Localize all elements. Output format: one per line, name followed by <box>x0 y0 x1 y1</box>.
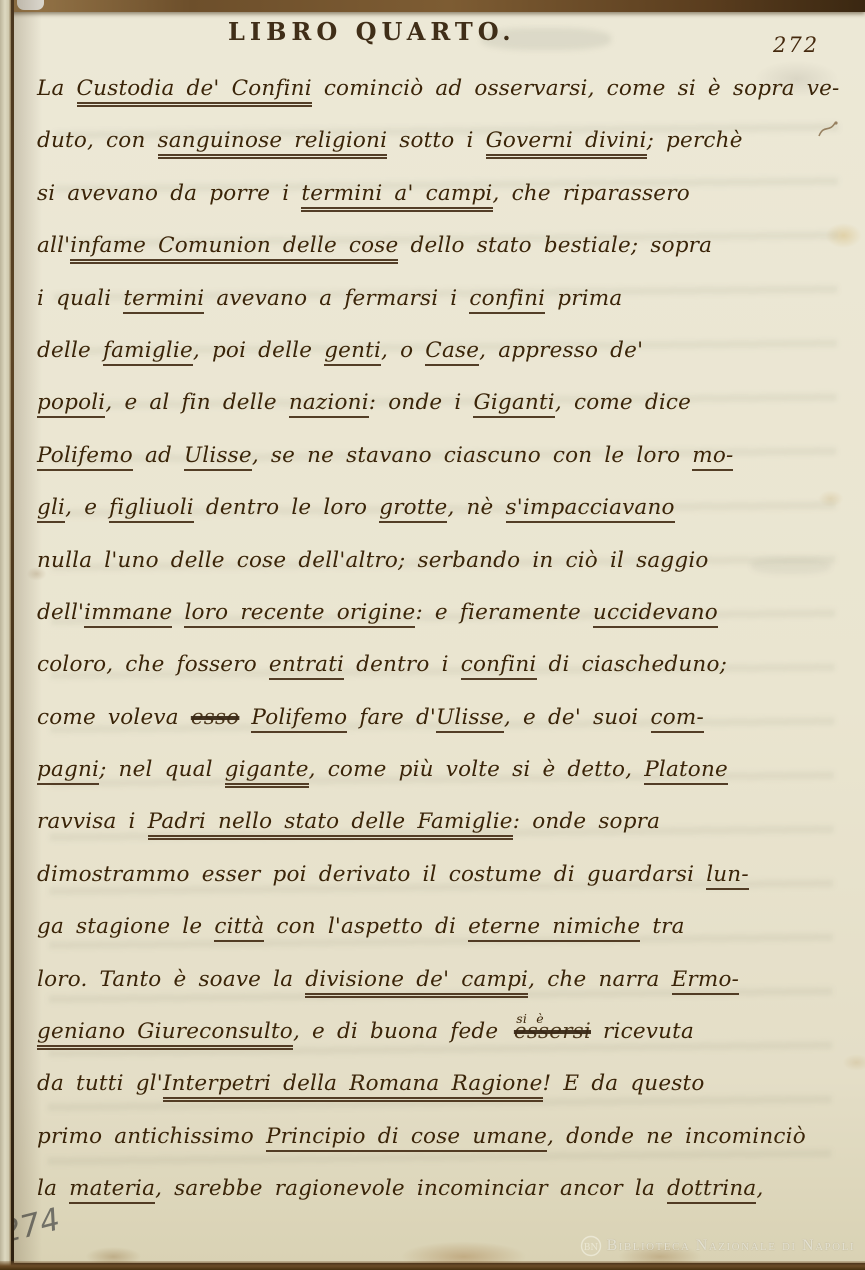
handwritten-text: primo antichissimo <box>37 1124 266 1149</box>
handwritten-text: Governi divini <box>486 128 647 159</box>
handwritten-text: s'impacciavano <box>506 495 675 523</box>
handwritten-text: si avevano da porre i <box>37 181 301 206</box>
handwritten-text: immane <box>84 600 172 628</box>
handwritten-text: , che riparassero <box>493 181 690 206</box>
handwritten-text: ravvisa i <box>37 809 148 834</box>
handwritten-text: dell' <box>37 600 84 625</box>
handwritten-text: , come dice <box>555 390 691 415</box>
manuscript-line: dimostrammo esser poi derivato il costum… <box>37 849 843 901</box>
handwritten-text: , poi delle <box>193 338 324 363</box>
manuscript-line: loro. Tanto è soave la divisione de' cam… <box>37 954 843 1006</box>
page-title: LIBRO QUARTO. <box>228 17 516 46</box>
handwritten-text: Padri nello stato delle Famiglie <box>148 809 513 840</box>
handwritten-text: geniano Giureconsulto <box>37 1019 293 1050</box>
ink-flourish-mark <box>816 120 840 140</box>
handwritten-text: , o <box>381 338 425 363</box>
handwritten-text: termini a' campi <box>301 181 492 212</box>
handwritten-text: , che narra <box>528 967 671 992</box>
handwritten-text: Custodia de' Confini <box>77 76 312 107</box>
handwritten-text: , sarebbe ragionevole incominciar ancor … <box>155 1176 667 1201</box>
svg-text:BN: BN <box>583 1243 598 1253</box>
gutter-shadow <box>14 0 42 1270</box>
handwritten-text: : onde i <box>369 390 474 415</box>
handwritten-text: entrati <box>269 652 344 680</box>
handwritten-text: ad <box>133 443 184 468</box>
handwritten-text: Giganti <box>473 390 554 418</box>
underlying-page-edge <box>0 0 11 1270</box>
handwritten-text: dimostrammo esser poi derivato il costum… <box>37 862 706 887</box>
handwritten-text: Ermo- <box>672 967 740 995</box>
manuscript-line: primo antichissimo Principio di cose uma… <box>37 1111 843 1163</box>
handwritten-text: loro. Tanto è soave la <box>37 967 305 992</box>
manuscript-line: i quali termini avevano a fermarsi i con… <box>37 273 843 325</box>
scanned-manuscript-photo: { "page": { "title": "LIBRO QUARTO.", "f… <box>0 0 865 1270</box>
handwritten-text: confini <box>469 286 545 314</box>
struck-word: essersi <box>514 1019 591 1044</box>
manuscript-line: come voleva esso Polifemo fare d'Ulisse,… <box>37 692 843 744</box>
handwritten-text: , e al fin delle <box>105 390 288 415</box>
handwritten-text: duto, con <box>37 128 158 153</box>
handwritten-text: Ulisse <box>184 443 252 471</box>
handwritten-text: dottrina <box>667 1176 756 1204</box>
manuscript-line: ravvisa i Padri nello stato delle Famigl… <box>37 796 843 848</box>
handwritten-text: Ulisse <box>436 705 504 733</box>
struck-word: esso <box>191 705 240 730</box>
handwritten-text: mo- <box>692 443 733 471</box>
handwritten-text: dentro i <box>344 652 461 677</box>
handwritten-text: con l'aspetto di <box>264 914 468 939</box>
manuscript-line: popoli, e al fin delle nazioni: onde i G… <box>37 377 843 429</box>
handwritten-text: ricevuta <box>591 1019 694 1044</box>
manuscript-text: La Custodia de' Confini cominciò ad osse… <box>37 63 843 1216</box>
handwritten-text: lun- <box>706 862 749 890</box>
handwritten-text <box>239 705 251 730</box>
handwritten-text: grotte <box>379 495 447 523</box>
handwritten-text: , <box>756 1176 763 1201</box>
handwritten-text: genti <box>324 338 381 366</box>
manuscript-line: geniano Giureconsulto, e di buona fede s… <box>37 1006 843 1058</box>
handwritten-text: famiglie <box>103 338 193 366</box>
handwritten-text: dello stato bestiale; sopra <box>398 233 712 258</box>
handwritten-text: popoli <box>37 390 105 418</box>
handwritten-text: prima <box>545 286 622 311</box>
manuscript-line: duto, con sanguinose religioni sotto i G… <box>37 115 843 167</box>
handwritten-text: Polifemo <box>37 443 133 471</box>
handwritten-text: Case <box>425 338 479 366</box>
handwritten-text: loro recente origine <box>184 600 415 628</box>
handwritten-text: i quali <box>37 286 123 311</box>
book-top-edge <box>0 0 865 12</box>
handwritten-text: Interpetri della Romana Ragione <box>163 1071 543 1102</box>
handwritten-text: ; perchè <box>647 128 743 153</box>
manuscript-line: all'infame Comunion delle cose dello sta… <box>37 220 843 272</box>
page-bottom-edge <box>0 1261 865 1270</box>
handwritten-text: tra <box>640 914 684 939</box>
library-monogram-icon: BN <box>580 1235 602 1257</box>
handwritten-text: figliuoli <box>109 495 194 523</box>
handwritten-text: ga stagione le <box>37 914 214 939</box>
manuscript-line: coloro, che fossero entrati dentro i con… <box>37 639 843 691</box>
manuscript-line: da tutti gl'Interpetri della Romana Ragi… <box>37 1058 843 1110</box>
folio-number: 272 <box>773 33 819 57</box>
handwritten-text: dentro le loro <box>194 495 379 520</box>
handwritten-text: , e di buona fede <box>293 1019 510 1044</box>
handwritten-text: nulla l'uno delle cose dell'altro; serba… <box>37 548 709 573</box>
handwritten-text: Principio di cose umane <box>266 1124 547 1152</box>
manuscript-line: Polifemo ad Ulisse, se ne stavano ciascu… <box>37 430 843 482</box>
handwritten-text: materia <box>69 1176 155 1204</box>
handwritten-text: : onde sopra <box>513 809 660 834</box>
handwritten-text: confini <box>461 652 537 680</box>
handwritten-text: sanguinose religioni <box>158 128 388 159</box>
handwritten-text: , e de' suoi <box>504 705 651 730</box>
handwritten-text: coloro, che fossero <box>37 652 269 677</box>
handwritten-text: di ciascheduno; <box>537 652 728 677</box>
handwritten-text: sotto i <box>387 128 485 153</box>
handwritten-text: divisione de' campi <box>305 967 528 998</box>
handwritten-text: città <box>214 914 264 942</box>
manuscript-line: dell'immane loro recente origine: e fier… <box>37 587 843 639</box>
handwritten-text: : e fieramente <box>415 600 592 625</box>
manuscript-line: ga stagione le città con l'aspetto di et… <box>37 901 843 953</box>
handwritten-text: ! E da questo <box>543 1071 705 1096</box>
handwritten-text: avevano a fermarsi i <box>204 286 469 311</box>
handwritten-text: nazioni <box>289 390 369 418</box>
handwritten-text: , come più volte si è detto, <box>309 757 645 782</box>
handwritten-text: ; nel qual <box>99 757 225 782</box>
handwritten-text: cominciò ad osservarsi, come si è sopra … <box>312 76 840 101</box>
manuscript-line: la materia, sarebbe ragionevole incominc… <box>37 1163 843 1215</box>
handwritten-text: com- <box>651 705 704 733</box>
watermark-label: Biblioteca Nazionale di Napoli <box>607 1237 855 1255</box>
handwritten-text: gigante <box>225 757 309 788</box>
handwritten-text: come voleva <box>37 705 191 730</box>
handwritten-text: La <box>37 76 77 101</box>
library-watermark: BN Biblioteca Nazionale di Napoli <box>580 1235 855 1257</box>
handwritten-text <box>172 600 184 625</box>
handwritten-text: delle <box>37 338 103 363</box>
manuscript-line: si avevano da porre i termini a' campi, … <box>37 168 843 220</box>
handwritten-text: , se ne stavano ciascuno con le loro <box>252 443 692 468</box>
handwritten-text: , donde ne incominciò <box>547 1124 806 1149</box>
manuscript-line: La Custodia de' Confini cominciò ad osse… <box>37 63 843 115</box>
handwritten-text: termini <box>123 286 204 314</box>
handwritten-text: pagni <box>37 757 99 785</box>
handwritten-text: fare d' <box>347 705 436 730</box>
handwritten-text: eterne nimiche <box>468 914 640 942</box>
handwritten-text: Platone <box>644 757 728 785</box>
manuscript-line: nulla l'uno delle cose dell'altro; serba… <box>37 535 843 587</box>
handwritten-text: Polifemo <box>251 705 347 733</box>
handwritten-text: infame Comunion delle cose <box>70 233 398 264</box>
manuscript-line: pagni; nel qual gigante, come più volte … <box>37 744 843 796</box>
manuscript-line: gli, e figliuoli dentro le loro grotte, … <box>37 482 843 534</box>
handwritten-text: , nè <box>447 495 505 520</box>
manuscript-line: delle famiglie, poi delle genti, o Case,… <box>37 325 843 377</box>
handwritten-text: , e <box>65 495 109 520</box>
handwritten-text: uccidevano <box>593 600 718 628</box>
handwritten-text: da tutti gl' <box>37 1071 163 1096</box>
handwritten-text: , appresso de' <box>479 338 643 363</box>
